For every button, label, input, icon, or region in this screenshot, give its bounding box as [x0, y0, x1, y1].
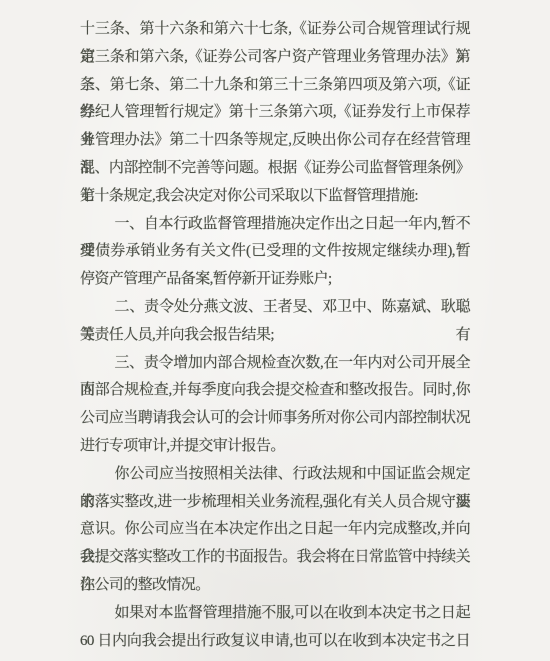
text-line: 求落实整改,进一步梳理相关业务流程,强化有关人员合规守法 [80, 489, 470, 517]
text-line: 三、责令增加内部合规检查次数,在一年内对公司开展全面 [80, 350, 470, 378]
text-line: 内部合规检查,并每季度向我会提交检查和整改报告。同时,你 [80, 377, 470, 405]
text-line: 停资产管理产品备案,暂停新开证券账户; [80, 266, 470, 294]
text-line: 十三条、第十六条和第六十七条,《证券公司合规管理试行规定》 [80, 16, 470, 44]
text-line: 你公司的整改情况。 [80, 572, 470, 600]
text-line: 意识。你公司应当在本决定作出之日起一年内完成整改,并向我 [80, 516, 470, 544]
text-line: 60 日内向我会提出行政复议申请,也可以在收到本决定书之日 [80, 628, 470, 656]
text-line: 你公司应当按照相关法律、行政法规和中国证监会规定的要 [80, 461, 470, 489]
text-line: 乱、内部控制不完善等问题。根据《证券公司监督管理条例》第 [80, 155, 470, 183]
text-line: 七十条规定,我会决定对你公司采取以下监督管理措施: [80, 183, 470, 211]
text-line: 务管理办法》第二十四条等规定,反映出你公司存在经营管理混 [80, 127, 470, 155]
text-line: 进行专项审计,并提交审计报告。 [80, 433, 470, 461]
document-body: 十三条、第十六条和第六十七条,《证券公司合规管理试行规定》 第三条和第六条,《证… [80, 16, 470, 655]
text-line: 一、自本行政监督管理措施决定作出之日起一年内,暂不受 [80, 211, 470, 239]
text-line: 会提交落实整改工作的书面报告。我会将在日常监管中持续关注 [80, 544, 470, 572]
text-line: 公司应当聘请我会认可的会计师事务所对你公司内部控制状况 [80, 405, 470, 433]
text-line: 二、责令处分燕文波、王者旻、邓卫中、陈嘉斌、耿聪等有 [80, 294, 470, 322]
text-line: 理债券承销业务有关文件(已受理的文件按规定继续办理),暂 [80, 238, 470, 266]
scanned-document-page: 十三条、第十六条和第六十七条,《证券公司合规管理试行规定》 第三条和第六条,《证… [0, 0, 550, 661]
text-line: 经纪人管理暂行规定》第十三条第六项,《证券发行上市保荐业 [80, 99, 470, 127]
text-line: 关责任人员,并向我会报告结果; [80, 322, 470, 350]
text-line: 条、第七条、第二十九条和第三十三条第四项及第六项,《证券 [80, 72, 470, 100]
text-line: 如果对本监督管理措施不服,可以在收到本决定书之日起 [80, 600, 470, 628]
text-line: 第三条和第六条,《证券公司客户资产管理业务管理办法》第三 [80, 44, 470, 72]
